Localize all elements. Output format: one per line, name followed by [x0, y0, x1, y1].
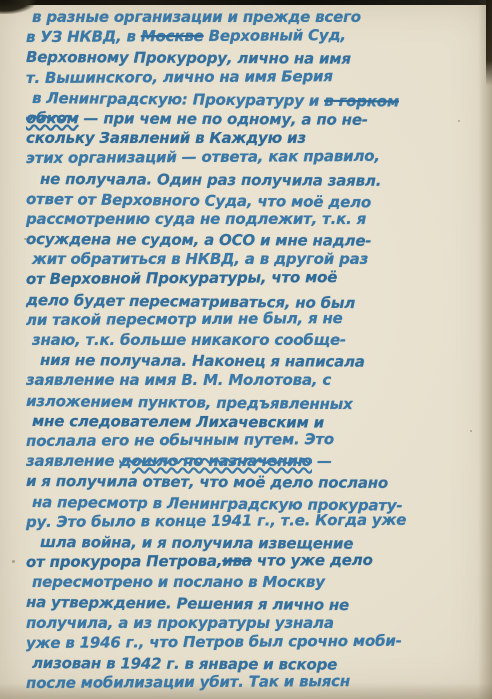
handwritten-line: от Верховной Прокуратуры, что моё — [26, 267, 484, 290]
handwritten-line: и я получила ответ, что моё дело послано — [26, 471, 484, 494]
handwriting-text-block: в разные организации и прежде всегов УЗ … — [26, 7, 484, 693]
text-segment: изложением пунктов, предъявленных — [26, 392, 353, 413]
struck-text-segment: Москве — [141, 27, 204, 45]
text-segment: Верховный Суд, — [204, 26, 346, 45]
text-segment: не получала. Один раз получила заявл. — [40, 170, 381, 190]
struck-text-segment: в горком — [324, 92, 399, 111]
handwritten-line: ния не получала. Наконец я написала — [40, 350, 484, 373]
text-segment: этих организаций — ответа, как правило, — [26, 147, 380, 167]
text-segment: на утверждение. Решения я лично не — [26, 593, 349, 614]
text-segment: получила, а из прокуратуры узнала — [26, 614, 334, 632]
struck-text-segment: обком — [26, 109, 79, 127]
handwritten-line: от прокурора Петрова,ива что уже дело — [26, 549, 484, 572]
text-segment: — — [312, 452, 332, 470]
text-segment: ли такой пересмотр или не был, я не — [26, 309, 343, 329]
handwritten-line: т. Вышинского, лично на имя Берия — [26, 65, 484, 88]
text-segment: жит обратиться в НКВД, а в другой раз — [32, 250, 368, 268]
handwritten-line: ли такой пересмотр или не был, я не — [26, 307, 484, 330]
handwritten-line: пересмотрено и послано в Москву — [32, 572, 484, 592]
text-segment: от Верховной Прокуратуры, что моё — [26, 269, 337, 289]
text-segment: — при чем не по одному, а по не- — [78, 109, 367, 129]
text-segment: знаю, т.к. больше никакого сообще- — [32, 331, 346, 349]
handwritten-line: осуждена не судом, а ОСО и мне надле- — [26, 229, 484, 252]
text-segment: что уже дело — [252, 551, 373, 570]
handwritten-line: заявление дошло по назначению — — [26, 451, 484, 471]
text-segment: в Ленинградскую: Прокуратуру и — [32, 89, 324, 110]
handwritten-line: этих организаций — ответа, как правило, — [26, 146, 484, 169]
text-segment: и я получила ответ, что моё дело послано — [26, 472, 388, 492]
text-segment: от прокурора Петрова, — [26, 552, 222, 571]
handwritten-line: после мобилизации убит. Так и выясн — [26, 670, 484, 693]
handwritten-line: уже в 1946 г., что Петров был срочно моб… — [26, 630, 484, 653]
handwritten-line: обком — при чем не по одному, а по не- — [26, 108, 484, 131]
handwritten-line: заявление на имя В. М. Молотова, с — [26, 370, 484, 390]
text-segment: т. Вышинского, лично на имя Берия — [26, 67, 333, 87]
text-segment: уже в 1946 г., что Петров был срочно моб… — [26, 632, 402, 652]
text-segment: в разные организации и прежде всего — [32, 8, 361, 26]
handwritten-line: послала его не обычным путем. Это — [26, 428, 484, 451]
text-segment: в УЗ НКВД, в — [26, 27, 141, 46]
text-segment: скольку Заявлений в Каждую из — [26, 129, 306, 147]
text-segment: рассмотрению суда не подлежит, т.к. я — [26, 210, 366, 228]
text-segment: ру. Это было в конце 1941 г., т.е. Когда… — [26, 510, 406, 530]
text-segment: заявление на имя В. М. Молотова, с — [26, 371, 331, 389]
handwritten-line: не получала. Один раз получила заявл. — [40, 169, 484, 192]
handwritten-line: знаю, т.к. больше никакого сообще- — [32, 330, 484, 350]
struck-text-segment: ива — [222, 552, 252, 570]
text-segment: Верховному Прокурору, лично на имя — [26, 48, 351, 68]
text-segment: пересмотрено и послано в Москву — [32, 573, 325, 591]
text-segment: послала его не обычным путем. Это — [26, 430, 334, 450]
handwritten-letter-page: в разные организации и прежде всегов УЗ … — [0, 0, 492, 699]
text-segment: ответ от Верховного Суда, что моё дело — [26, 190, 371, 211]
text-segment: ния не получала. Наконец я написала — [40, 351, 365, 371]
scan-edge-top — [0, 0, 492, 5]
text-segment: после мобилизации убит. Так и выясн — [26, 672, 350, 692]
struck-text-segment: дошло по назначению — [119, 452, 312, 470]
text-segment: заявление — [26, 452, 119, 470]
text-segment: мне следователем Лихачевским и — [32, 412, 324, 432]
text-segment: осуждена не судом, а ОСО и мне надле- — [26, 230, 371, 250]
handwritten-line: ру. Это было в конце 1941 г., т.е. Когда… — [26, 509, 484, 532]
handwritten-line: в УЗ НКВД, в Москве Верховный Суд, — [26, 24, 484, 47]
paper-speck — [12, 560, 15, 563]
handwritten-line: ответ от Верховного Суда, что моё дело — [26, 189, 484, 214]
